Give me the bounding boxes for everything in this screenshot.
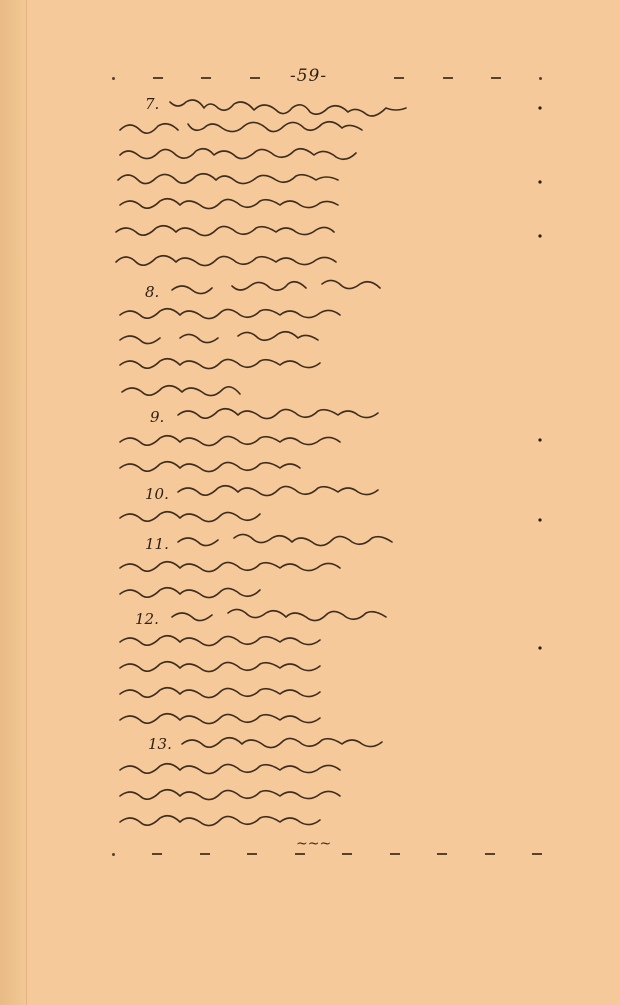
- footer-dash-rule: [112, 848, 542, 860]
- manuscript-page: -59- 7. 8. 9. 10. 11. 12. 13.: [0, 0, 620, 1005]
